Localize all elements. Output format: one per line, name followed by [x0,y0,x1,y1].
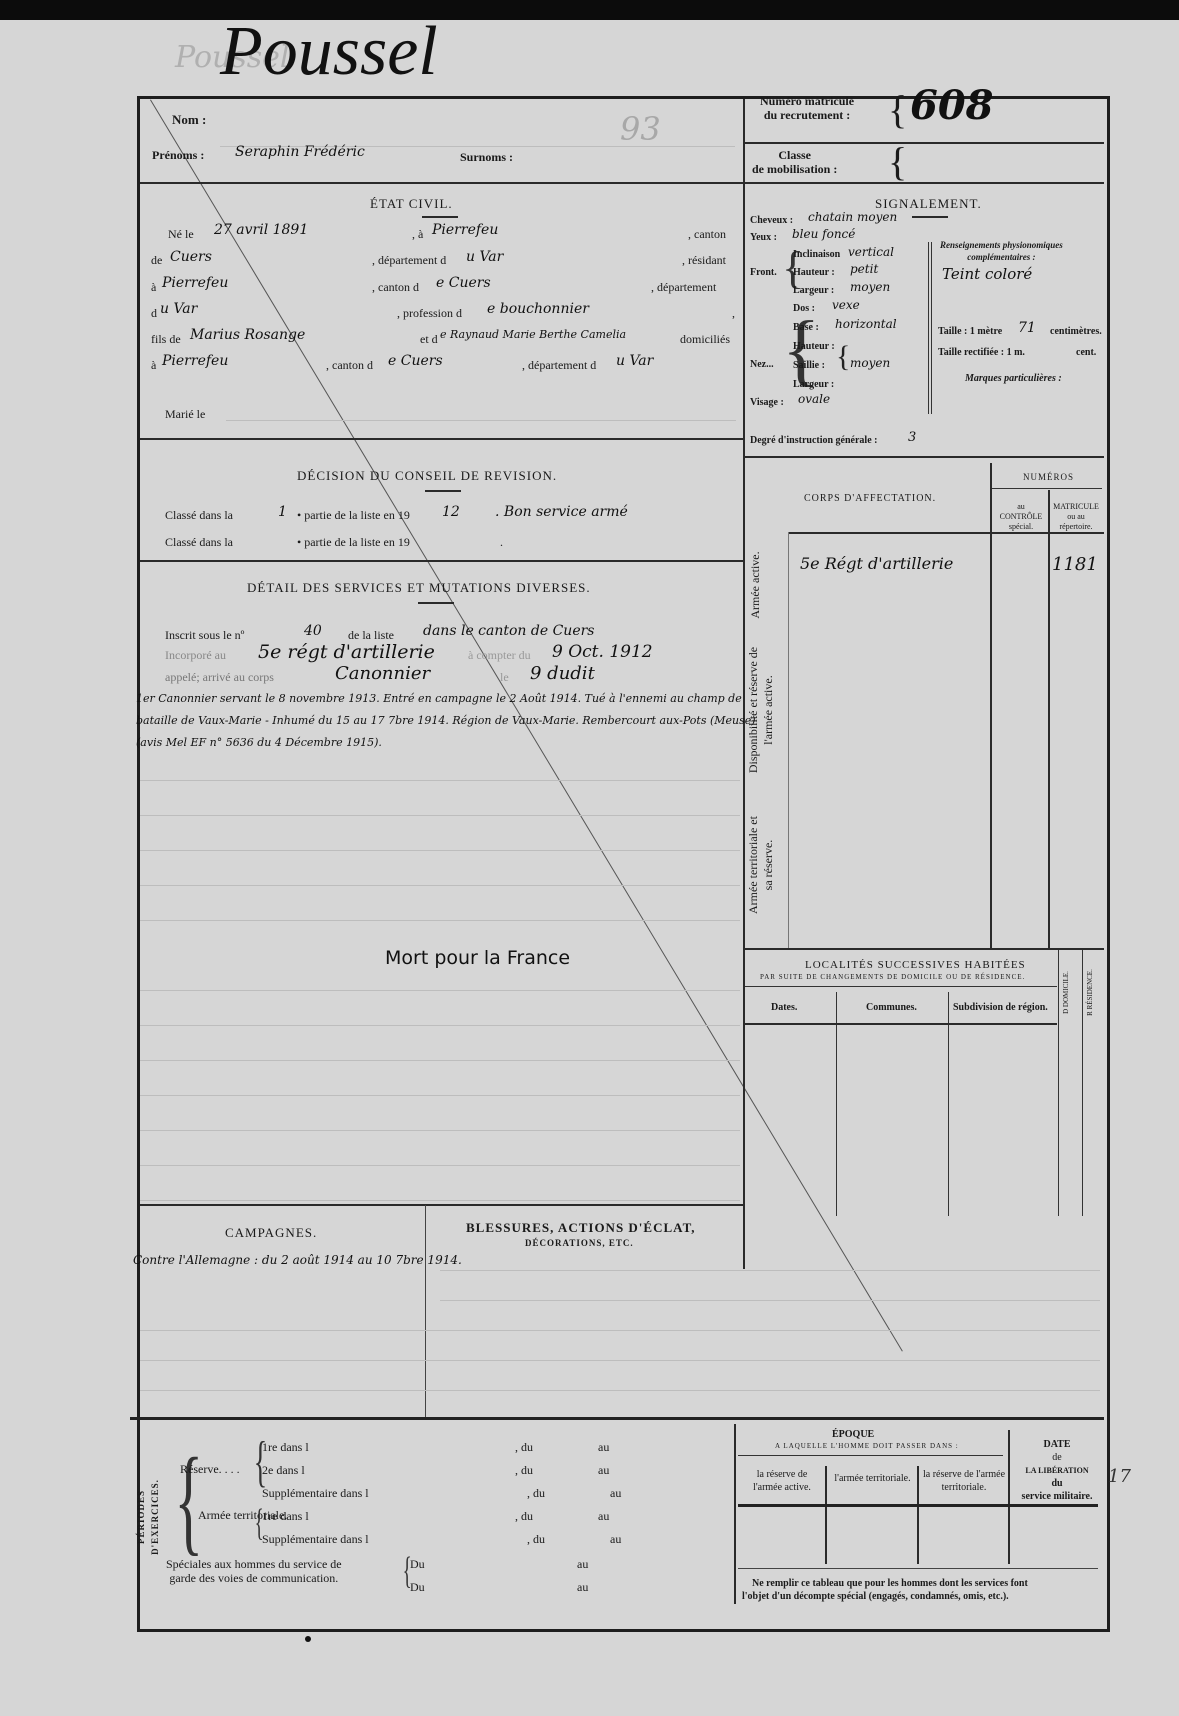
numeros-rule [992,488,1102,489]
localites-subtitle: PAR SUITE DE CHANGEMENTS DE DOMICILE OU … [760,973,1025,981]
profession-label: , profession d [397,306,462,321]
periodes-row-4-au: au [598,1509,609,1524]
epoque-col-divider-1 [825,1466,827,1564]
base-value: horizontal [835,317,897,331]
a3-label: à [151,358,156,373]
classe-row1-label-b: • partie de la liste en 19 [297,508,410,523]
localites-col-domicile: D DOMICILE. [1062,955,1070,1030]
nez-label: Nez... [750,359,774,370]
matricule-label-line1: Numéro matricule [760,94,854,108]
le-label: le [500,670,509,685]
service-rule [140,1130,740,1131]
residant-label: , résidant [682,253,726,268]
campagnes-value: Contre l'Allemagne : du 2 août 1914 au 1… [133,1253,462,1267]
departement3-label: , département d [522,358,596,373]
blessures-rule [440,1300,1100,1301]
title-underline [418,602,454,604]
epoque-note-line2: l'objet d'un décompte spécial (engagés, … [742,1591,1009,1602]
a2-label: à [151,280,156,295]
marie-rule [226,420,736,421]
date-title-line3: LA LIBÉRATION [1012,1464,1102,1477]
title-underline [422,216,458,218]
periodes-row-3-au: au [610,1486,621,1501]
service-rule [140,990,740,991]
prenoms-value: Seraphin Frédéric [235,144,365,160]
periodes-row-1-label: 1re dans l [262,1440,309,1455]
visage-label: Visage : [750,397,784,408]
service-rule [140,850,740,851]
dos-label: Dos : [793,303,815,314]
decision-bottom-rule [140,560,743,562]
taille-rectifiee-unit: cent. [1076,347,1096,358]
signalement-bottom-rule [743,456,1104,458]
epoque-title: ÉPOQUE [832,1429,874,1440]
epoque-col-3: la réserve de l'armée territoriale. [922,1468,1006,1494]
taille-label: Taille : 1 mètre [938,326,1002,337]
largeur-label: Largeur : [793,285,834,296]
date-title-line5: service militaire. [1012,1490,1102,1503]
inclinaison-label: Inclinaison [793,249,840,260]
date-title-line2: de [1012,1451,1102,1464]
periodes-brace: { [174,1440,203,1560]
inscrit-value: 40 [304,623,322,639]
a3-value: Pierrefeu [162,353,228,369]
periodes-row-1-du: , du [515,1440,533,1455]
special-row-2-au: au [577,1580,588,1595]
periodes-row-5-du: , du [527,1532,545,1547]
marie-label: Marié le [165,407,205,422]
canton3-value: e Cuers [388,353,443,369]
register-sheet: Poussel Nom : Poussel 93 Prénoms : Serap… [0,20,1179,1716]
degre-label: Degré d'instruction générale : [750,435,877,446]
service-rule [140,780,740,781]
domicilies-label: domiciliés [680,332,730,347]
de-value: Cuers [170,249,212,265]
localites-col-dates: Dates. [771,1002,797,1013]
epoque-body-rule [738,1568,1098,1569]
fils-de-label: fils de [151,332,181,347]
service-rule [140,1025,740,1026]
title-underline [912,216,948,218]
service-rule [140,1060,740,1061]
epoque-subtitle: A LAQUELLE L'HOMME DOIT PASSER DANS : [775,1442,959,1450]
nez-hauteur-label: Hauteur : [793,341,835,352]
service-note-line-1: 1er Canonnier servant le 8 novembre 1913… [136,692,742,705]
a2-value: Pierrefeu [162,275,228,291]
title-underline [425,490,461,492]
incorpore-label: Incorporé au [165,648,226,663]
periodes-row-3-label: Supplémentaire dans l [262,1486,369,1501]
periodes-row-1-au: au [598,1440,609,1455]
periodes-row-2-label: 2e dans l [262,1463,305,1478]
inscrit-label: Inscrit sous le nº [165,628,244,643]
departement-value: u Var [466,249,503,265]
appele-value: Canonnier [335,663,430,684]
saillie-label: Saillie : [793,360,825,371]
service-note-line-3: (avis Mel EF n° 5636 du 4 Décembre 1915)… [136,736,382,749]
classe-label-line2: de mobilisation : [752,162,837,176]
canton3-label: , canton d [326,358,373,373]
ne-le-label: Né le [168,227,194,242]
numeros-col-controle: au CONTRÔLE spécial. [995,502,1047,532]
epoque-col-divider-3 [1008,1430,1010,1564]
speciales-label-line2: garde des voies de communication. [166,1571,342,1585]
speciales-label: Spéciales aux hommes du service de garde… [166,1557,342,1585]
classe-row1-value-a: 1 [278,504,287,520]
pencil-annotation: 93 [620,110,661,148]
saillie-brace: { [836,340,850,374]
corps-label-divider [788,532,789,948]
a-label: , à [412,227,423,242]
localites-col-communes: Communes. [866,1002,917,1013]
classe-row2-label-b: • partie de la liste en 19 [297,535,410,550]
a-value: Pierrefeu [432,222,498,238]
service-rule [140,1200,740,1201]
d-value: u Var [160,301,197,317]
epoque-col-2: l'armée territoriale. [830,1472,915,1485]
date-title-line4: du [1012,1477,1102,1490]
blessures-subtitle: DÉCORATIONS, ETC. [525,1238,634,1248]
matricule-divider [743,142,1104,144]
degre-value: 3 [908,430,916,445]
etat-civil-bottom-rule [140,438,743,440]
epoque-title-rule [738,1455,1003,1456]
departement-label: , département d [372,253,446,268]
classe-row1-label-a: Classé dans la [165,508,233,523]
signalement-inner-divider [928,242,932,414]
marques-label: Marques particulières : [965,373,1062,384]
service-rule [140,1095,740,1096]
compter-value: 9 Oct. 1912 [552,642,653,662]
corps-header-rule [788,532,1104,534]
cheveux-label: Cheveux : [750,215,793,226]
service-rule [140,1165,740,1166]
departement3-value: u Var [616,353,653,369]
header-bottom-rule [140,182,1104,184]
ne-le-value: 27 avril 1891 [214,222,308,238]
compter-label: à compter du [468,648,531,663]
service-note-line-2: bataille de Vaux-Marie - Inhumé du 15 au… [136,714,756,727]
matricule-label: Numéro matricule du recrutement : [760,94,854,122]
periodes-row-5-label: Supplémentaire dans l [262,1532,369,1547]
dos-value: vexe [832,298,860,312]
detail-bottom-rule [140,1204,743,1206]
departement2-label: , département [651,280,716,295]
renseignements-label: Renseignements physionomiques complément… [940,239,1063,263]
service-rule [140,885,740,886]
yeux-label: Yeux : [750,232,777,243]
blessures-title: BLESSURES, ACTIONS D'ÉCLAT, [466,1220,696,1236]
classe-label-line1: Classe [752,148,837,162]
epoque-col-divider-2 [917,1466,919,1564]
classe-row1-value-b: 12 [442,504,460,520]
service-rule [140,815,740,816]
matricule-value: 608 [910,82,994,129]
nom-value: Poussel [220,12,438,92]
profession-value: e bouchonnier [487,301,589,317]
classe-brace: { [888,138,907,185]
date-title-line1: DATE [1012,1438,1102,1451]
armee-active-label: Armée active. [748,545,763,625]
periodes-side-label: PÉRIODES D'EXERCICES. [134,1452,162,1582]
main-column-divider [743,99,745,1269]
periodes-row-3-du: , du [527,1486,545,1501]
localites-title-rule [745,986,1057,987]
nez-largeur-label: Largeur : [793,379,834,390]
numeros-inner-divider [1048,490,1050,948]
canton-label: , canton [688,227,726,242]
service-rule [140,920,740,921]
nom-label: Nom : [172,112,206,128]
taille-rectifiee-label: Taille rectifiée : 1 m. [938,347,1025,358]
classe-row1-value-c: . Bon service armé [495,504,628,520]
ink-dot [305,1636,311,1642]
epoque-col-1: la réserve de l'armée active. [742,1468,822,1494]
localites-col-divider-3 [1058,950,1059,1216]
taille-unit: centimètres. [1050,326,1102,337]
special-row-2-du: Du [410,1580,425,1595]
epoque-header-rule [738,1504,1098,1507]
decision-title: DÉCISION DU CONSEIL DE REVISION. [297,468,557,484]
periodes-row-4-label: 1re dans l [262,1509,309,1524]
matricule-brace: { [888,86,907,133]
periodes-top-rule [130,1417,1104,1420]
renseignements-label-line1: Renseignements physionomiques [940,239,1063,251]
mort-pour-la-france-stamp: Mort pour la France [385,947,570,969]
special-row-1-au: au [577,1557,588,1572]
epoque-date-title: DATE de LA LIBÉRATION du service militai… [1012,1438,1102,1503]
base-label: Base : [793,322,819,333]
reserve-label: Réserve. . . . [180,1462,240,1477]
classe-row2-value-c: . [500,535,503,550]
periodes-row-2-au: au [598,1463,609,1478]
blessures-rule [140,1330,1100,1331]
periodes-row-4-du: , du [515,1509,533,1524]
corps-title: CORPS D'AFFECTATION. [804,493,936,504]
numeros-divider [990,463,992,948]
d-label: d [151,306,157,321]
matricule-label-line2: du recrutement : [760,108,854,122]
localites-title: LOCALITÉS SUCCESSIVES HABITÉES [805,959,1026,971]
localites-header-rule [745,1023,1057,1025]
canton2-value: e Cuers [436,275,491,291]
campagnes-divider [425,1205,426,1417]
le-value: 9 dudit [530,663,595,684]
renseignements-label-line2: complémentaires : [940,251,1063,263]
numeros-col-matricule: MATRICULE ou au répertoire. [1050,502,1102,532]
blessures-rule [140,1360,1100,1361]
yeux-value: bleu foncé [792,227,855,241]
localites-col-subdivision: Subdivision de région. [953,1002,1048,1013]
localites-col-divider-4 [1082,950,1083,1216]
special-row-1-du: Du [410,1557,425,1572]
surnoms-label: Surnoms : [460,150,513,165]
appele-label: appelé; arrivé au corps [165,670,274,685]
corps-bottom-rule [743,948,1104,950]
classe-row2-label-a: Classé dans la [165,535,233,550]
epoque-note-line1: Ne remplir ce tableau que pour les homme… [752,1578,1028,1589]
campagnes-title: CAMPAGNES. [225,1225,317,1241]
localites-col-divider-2 [948,992,949,1216]
corps-matricule-value: 1181 [1052,554,1098,575]
de-label: de [151,253,162,268]
renseignements-value: Teint coloré [942,265,1032,283]
taille-value: 71 [1018,320,1036,336]
territoriale-label: Armée territoriale et sa réserve. [746,810,776,920]
margin-mark: 17 [1108,1466,1131,1487]
et-de-value: e Raynaud Marie Berthe Camelia [440,328,626,341]
periodes-row-5-au: au [610,1532,621,1547]
localites-col-residence: R RÉSIDENCE. [1086,955,1094,1030]
largeur-value: moyen [850,280,890,294]
blessures-rule [140,1390,1100,1391]
etat-civil-title: ÉTAT CIVIL. [370,196,453,212]
speciales-label-line1: Spéciales aux hommes du service de [166,1557,342,1571]
armee-active-value: 5e Régt d'artillerie [800,554,953,573]
comma: , [732,306,735,321]
classe-label: Classe de mobilisation : [752,148,837,176]
periodes-row-2-du: , du [515,1463,533,1478]
incorpore-value: 5e régt d'artillerie [258,641,435,663]
fils-de-value: Marius Rosange [190,327,305,343]
prenoms-label: Prénoms : [152,148,204,163]
numeros-title: NUMÉROS [1023,472,1074,482]
disponibilite-label: Disponibilité et réserve de l'armée acti… [746,630,776,790]
hauteur-label: Hauteur : [793,267,835,278]
cheveux-value: chatain moyen [808,210,897,224]
front-label: Front. [750,267,777,278]
visage-value: ovale [798,392,830,406]
hauteur-value: petit [850,262,878,276]
canton2-label: , canton d [372,280,419,295]
localites-col-divider-1 [836,992,837,1216]
liste-value: dans le canton de Cuers [423,623,595,639]
inclinaison-value: vertical [848,245,894,259]
saillie-value: moyen [850,356,890,370]
detail-services-title: DÉTAIL DES SERVICES ET MUTATIONS DIVERSE… [247,580,591,596]
blessures-rule [440,1270,1100,1271]
et-de-label: et d [420,332,438,347]
